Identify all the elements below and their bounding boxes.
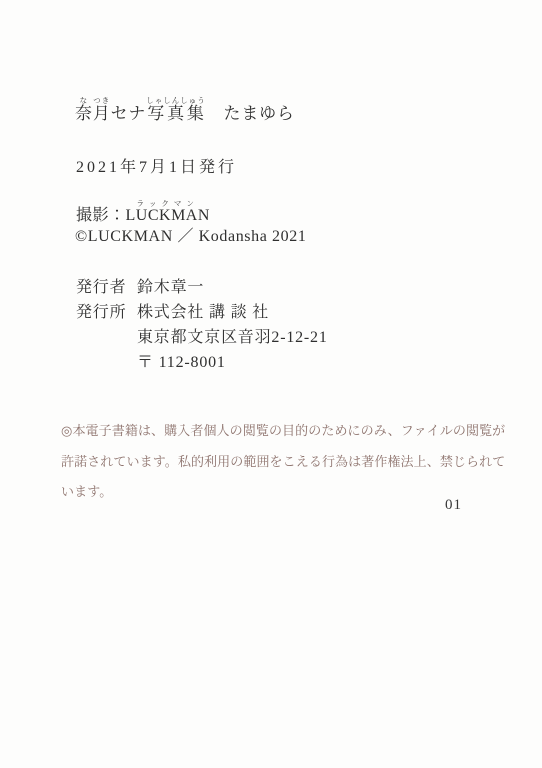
publisher-row-postal: 〒 112-8001 [76, 350, 328, 375]
colophon-page: 奈な月つきセナ写真集しゃしんしゅう たまゆら 2021年7月1日発行 撮影：LU… [0, 0, 542, 768]
rights-notice: ◎本電子書籍は、購入者個人の閲覧の目的のためにのみ、ファイルの閲覧が 許諾されて… [61, 416, 505, 508]
publisher-row-address: 東京都文京区音羽2-12-21 [76, 325, 328, 350]
book-title: 奈な月つきセナ写真集しゃしんしゅう たまゆら [75, 96, 295, 124]
page-number: 01 [445, 497, 462, 514]
photographer-label: 撮影： [76, 207, 126, 224]
publication-date: 2021年7月1日発行 [76, 158, 237, 177]
photographer-line: 撮影：LUCKMANラックマン [76, 199, 210, 225]
rights-notice-line: ◎本電子書籍は、購入者個人の閲覧の目的のためにのみ、ファイルの閲覧が [61, 416, 505, 447]
title-segment-tamayura: たまゆら [206, 104, 295, 123]
publisher-row-value: 〒 112-8001 [137, 350, 226, 375]
publisher-row-issuer: 発行者 鈴木章一 [76, 275, 328, 300]
publisher-row-value: 東京都文京区音羽2-12-21 [137, 325, 328, 350]
rights-notice-line: 許諾されています。私的利用の範囲をこえる行為は著作権法上、禁じられて [61, 447, 505, 478]
publisher-row-value: 鈴木章一 [137, 275, 204, 300]
publisher-row-value: 株式会社 講 談 社 [137, 300, 269, 325]
title-segment-sena: セナ [111, 104, 147, 123]
publisher-block: 発行者 鈴木章一 発行所 株式会社 講 談 社 東京都文京区音羽2-12-21 … [76, 275, 328, 375]
publisher-row-label [76, 325, 126, 350]
publisher-row-label: 発行者 [76, 275, 126, 300]
title-segment-natsuki-na: 奈な [75, 104, 93, 123]
publisher-row-label: 発行所 [76, 300, 126, 325]
title-segment-shashinshuu: 写真集しゃしんしゅう [146, 104, 206, 123]
photographer-name: LUCKMANラックマン [126, 207, 210, 224]
publisher-row-company: 発行所 株式会社 講 談 社 [76, 300, 328, 325]
publisher-row-label [76, 350, 126, 375]
title-segment-natsuki-tsuki: 月つき [93, 104, 111, 123]
rights-notice-line: います。 [61, 477, 505, 508]
copyright-line: ©LUCKMAN ／ Kodansha 2021 [75, 227, 306, 246]
